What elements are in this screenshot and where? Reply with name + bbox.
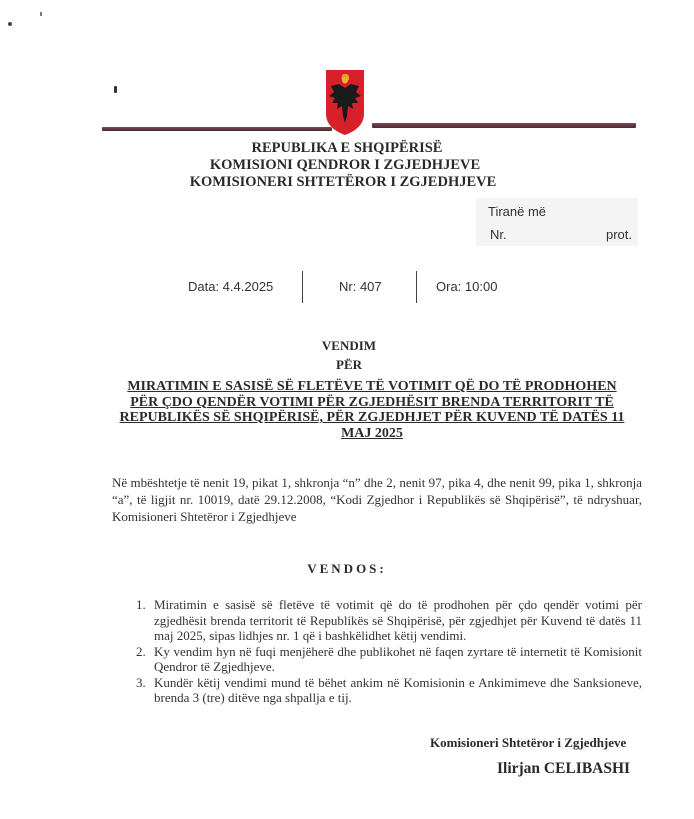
- decision-for: PËR: [2, 357, 694, 373]
- header-rule-right: [372, 123, 636, 128]
- decision-item: 1. Miratimin e sasisë së fletëve të voti…: [112, 597, 642, 644]
- decision-item: 3. Kundër këtij vendimi mund të bëhet an…: [112, 675, 642, 706]
- institution-commissioner: KOMISIONERI SHTETËROR I ZGJEDHJEVE: [0, 174, 690, 191]
- scan-speck: [40, 12, 42, 16]
- scan-speck: [114, 86, 117, 93]
- item-number: 1.: [136, 597, 146, 613]
- item-number: 3.: [136, 675, 146, 691]
- decides-heading: VENDOS:: [0, 561, 694, 577]
- decision-heading: VENDIM: [2, 338, 694, 354]
- decision-time: Ora: 10:00: [436, 279, 497, 294]
- institution-republic: REPUBLIKA E SHQIPËRISË: [0, 140, 694, 157]
- signatory-name: Ilirjan CELIBASHI: [497, 760, 630, 778]
- decision-date: Data: 4.4.2025: [188, 279, 273, 294]
- protocol-number-label: Nr.: [490, 227, 507, 242]
- legal-basis-paragraph: Në mbështetje të nenit 19, pikat 1, shkr…: [112, 474, 642, 525]
- divider: [416, 271, 417, 303]
- header-rule-left: [102, 127, 332, 131]
- item-number: 2.: [136, 644, 146, 660]
- decision-subject: MIRATIMIN E SASISË SË FLETËVE TË VOTIMIT…: [112, 379, 632, 441]
- decision-items-list: 1. Miratimin e sasisë së fletëve të voti…: [112, 597, 642, 706]
- institution-commission: KOMISIONI QENDROR I ZGJEDHJEVE: [0, 157, 692, 174]
- scan-speck: [8, 22, 12, 26]
- signatory-title: Komisioneri Shtetëror i Zgjedhjeve: [430, 735, 626, 751]
- place-date-label: Tiranë më: [488, 204, 546, 219]
- divider: [302, 271, 303, 303]
- item-text: Kundër këtij vendimi mund të bëhet ankim…: [154, 675, 642, 706]
- decision-item: 2. Ky vendim hyn në fuqi menjëherë dhe p…: [112, 644, 642, 675]
- decision-number: Nr: 407: [339, 279, 382, 294]
- item-text: Ky vendim hyn në fuqi menjëherë dhe publ…: [154, 644, 642, 675]
- item-text: Miratimin e sasisë së fletëve të votimit…: [154, 597, 642, 643]
- albanian-coat-of-arms-icon: [325, 68, 365, 136]
- protocol-suffix-label: prot.: [606, 227, 632, 242]
